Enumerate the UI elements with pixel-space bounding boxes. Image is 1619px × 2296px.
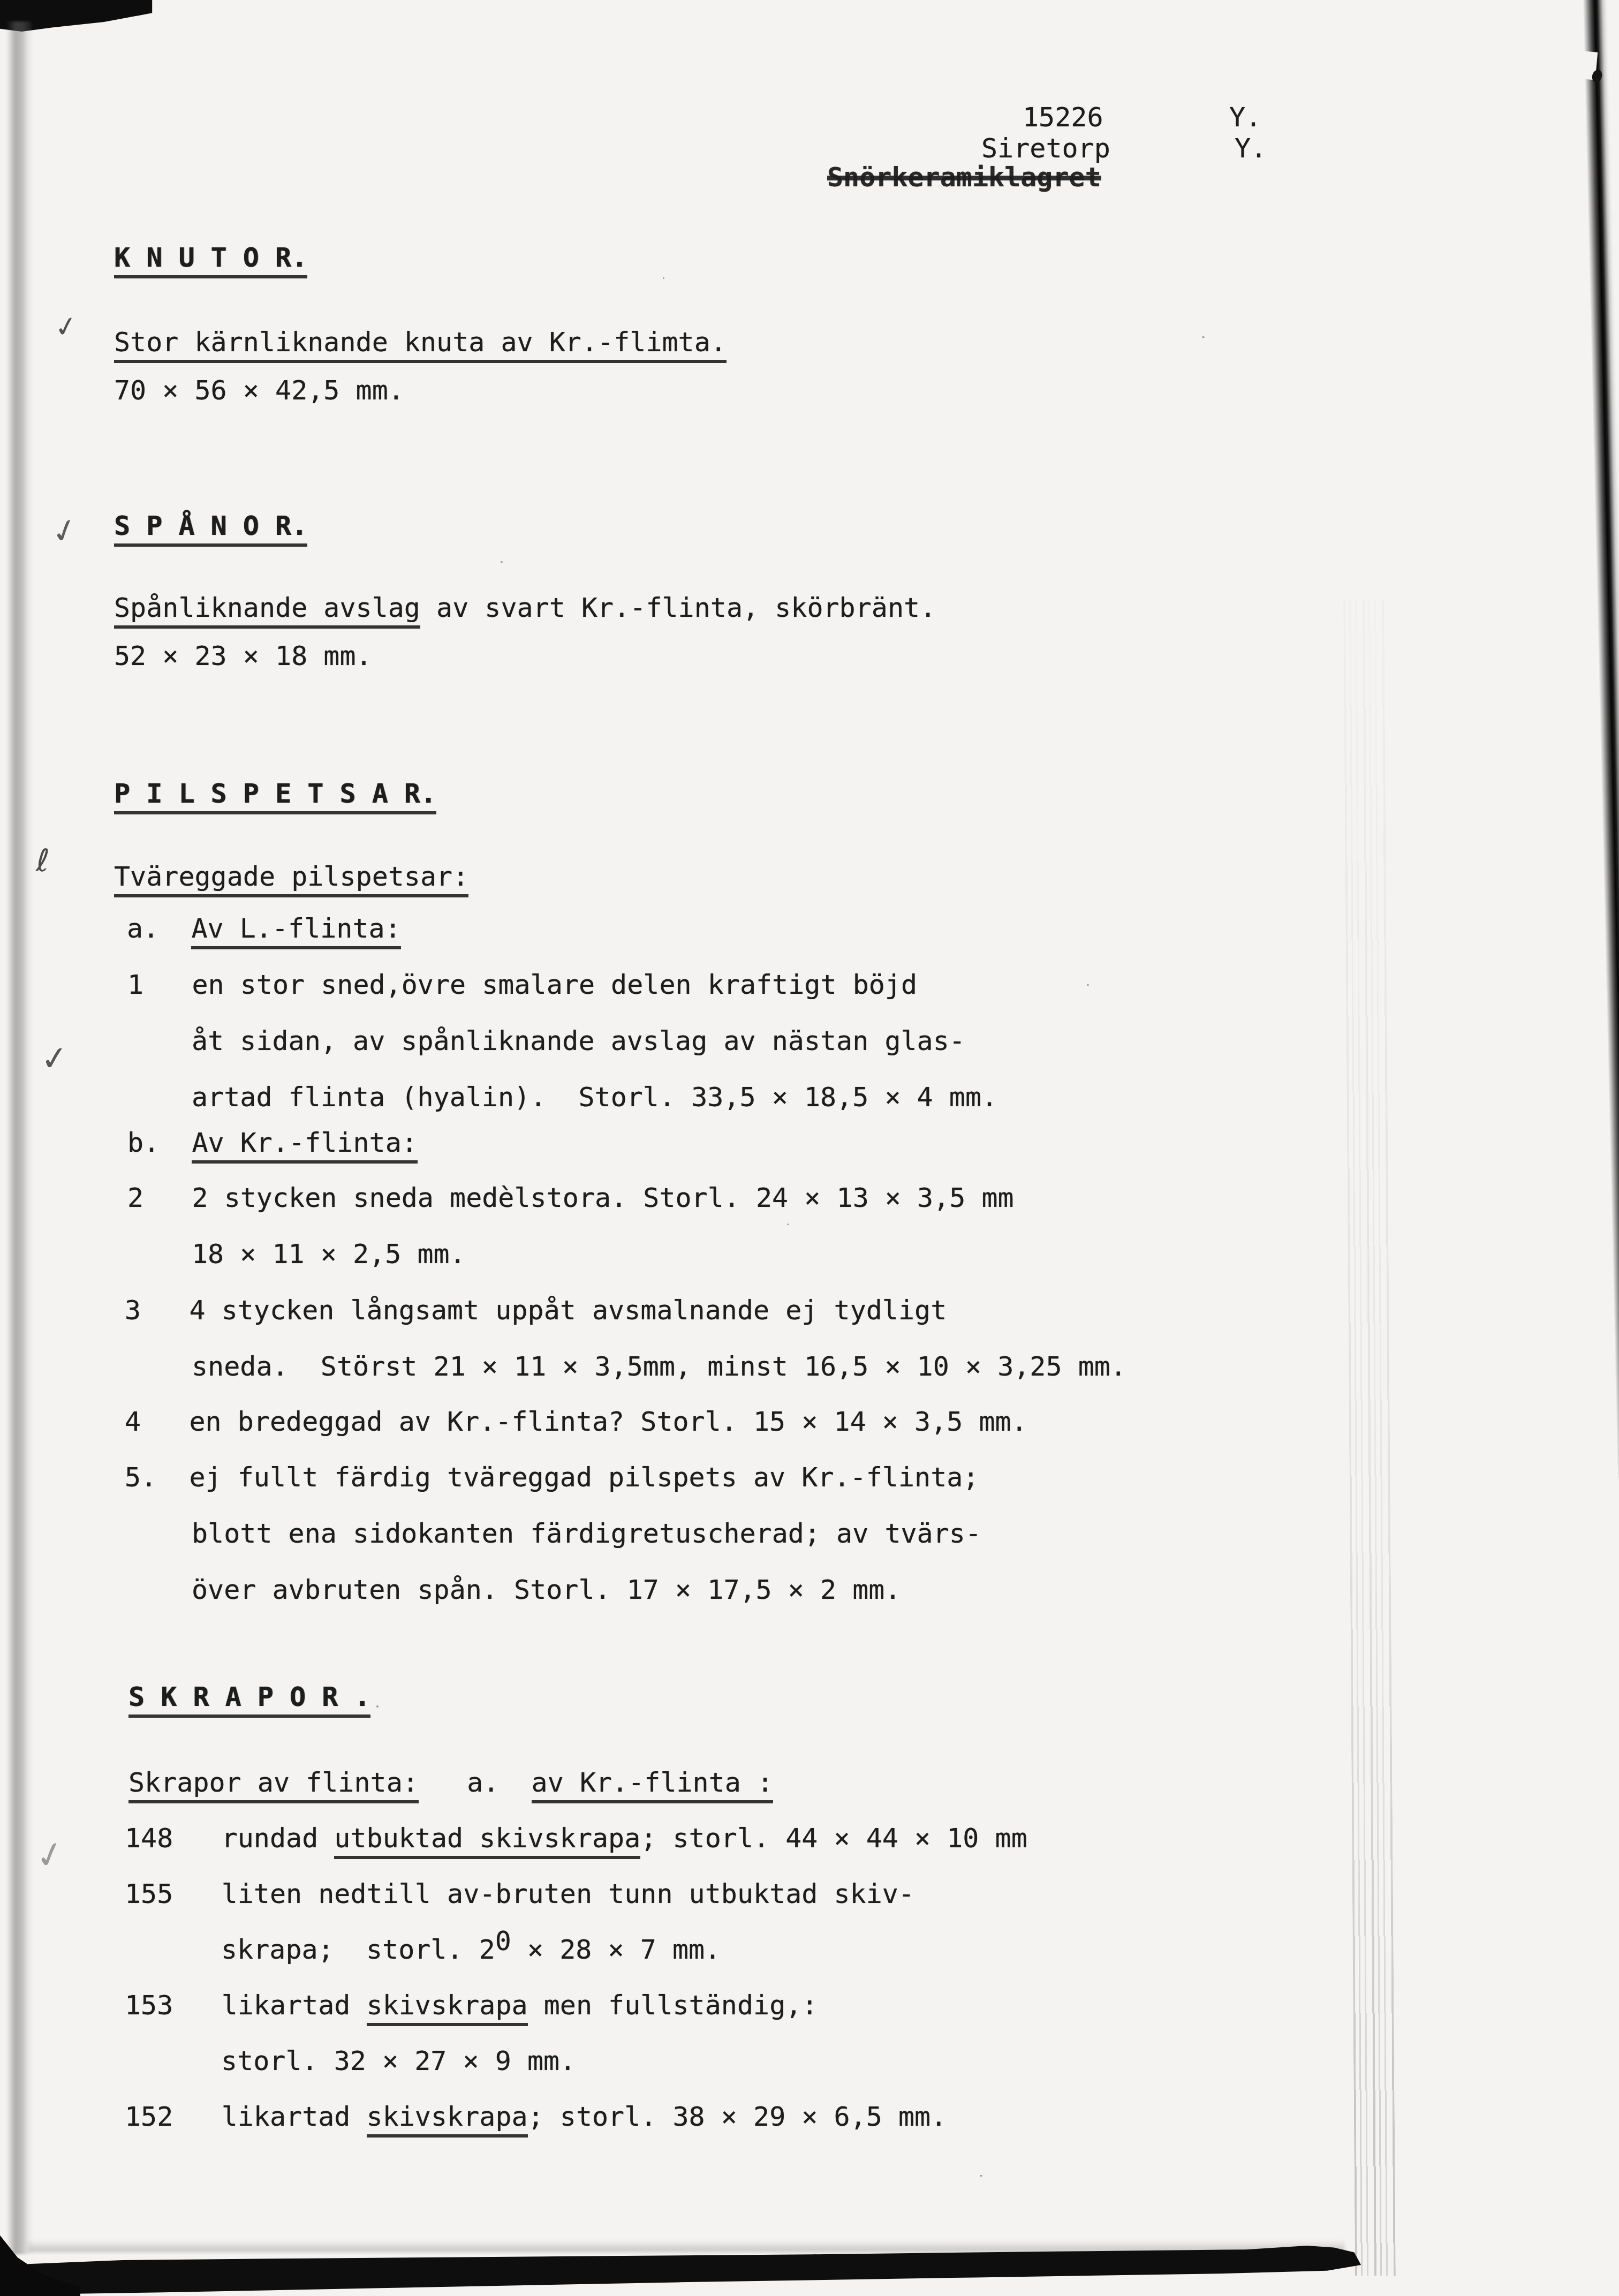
- text-segment: 15226: [1023, 102, 1103, 133]
- spanor-dimensions: 52 × 23 × 18 mm.: [114, 640, 372, 672]
- text-segment: ej fullt färdig tväreggad pilspets av Kr…: [189, 1462, 979, 1493]
- text-segment: Y.: [1229, 102, 1261, 133]
- text-segment: en stor sned,övre smalare delen kraftigt…: [192, 969, 917, 1000]
- item-5-line-3: över avbruten spån. Storl. 17 × 17,5 × 2…: [192, 1574, 901, 1606]
- text-segment: rundad: [222, 1823, 335, 1854]
- group-a-label: a. Av L.-flinta:: [127, 913, 401, 945]
- item-3-line-1: 3 4 stycken långsamt uppåt avsmalnande e…: [125, 1295, 947, 1326]
- item-155-line-2: skrapa; storl. 20 × 28 × 7 mm.: [221, 1934, 721, 1966]
- text-segment: 153: [125, 1990, 222, 2021]
- item-5-line-1: 5. ej fullt färdig tväreggad pilspets av…: [125, 1462, 979, 1493]
- underlined-text: K N U T O R.: [114, 242, 307, 278]
- underlined-text: Stor kärnliknande knuta av Kr.-flimta.: [114, 327, 727, 363]
- text-segment: skrapa; storl. 2: [221, 1934, 495, 1965]
- text-segment: 4 stycken långsamt uppåt avsmalnande ej …: [189, 1295, 947, 1326]
- text-segment: 18 × 11 × 2,5 mm.: [192, 1238, 466, 1270]
- underlined-text: Av L.-flinta:: [191, 913, 400, 949]
- text-segment: 5.: [125, 1462, 189, 1493]
- item-148: 148 rundad utbuktad skivskrapa; storl. 4…: [125, 1823, 1027, 1854]
- text-segment: 2: [127, 1182, 192, 1213]
- page-gutter-shadow: [6, 21, 33, 2254]
- item-3-line-2: sneda. Störst 21 × 11 × 3,5mm, minst 16,…: [192, 1351, 1126, 1383]
- item-2-line-2: 18 × 11 × 2,5 mm.: [192, 1238, 466, 1270]
- text-segment: storl. 32 × 27 × 9 mm.: [221, 2045, 576, 2076]
- text-segment: 0: [495, 1925, 511, 1957]
- text-segment: likartad: [222, 1990, 367, 2021]
- underlined-text: Av Kr.-flinta:: [192, 1127, 417, 1164]
- text-segment: artad flinta (hyalin). Storl. 33,5 × 18,…: [192, 1082, 997, 1113]
- text-segment: a.: [419, 1767, 532, 1798]
- text-segment: 70 × 56 × 42,5 mm.: [114, 375, 404, 406]
- struck-text: Snörkeramiklagret: [827, 162, 1101, 193]
- checkmark-spanor-entry: ✓: [48, 512, 82, 550]
- underlying-page-edge-stripes: [1343, 600, 1396, 2276]
- underlined-text: utbuktad skivskrapa: [334, 1823, 640, 1859]
- item-1-line-1: 1 en stor sned,övre smalare delen krafti…: [127, 969, 917, 1001]
- text-segment: 52 × 23 × 18 mm.: [114, 640, 372, 671]
- text-segment: 152: [125, 2101, 222, 2132]
- scan-speck: [501, 561, 503, 563]
- spanor-entry: Spånliknande avslag av svart Kr.-flinta,…: [114, 592, 936, 624]
- text-segment: 1: [127, 969, 192, 1000]
- underlined-text: Spånliknande avslag: [114, 592, 420, 629]
- item-2-line-1: 2 2 stycken sneda medèlstora. Storl. 24 …: [127, 1182, 1014, 1214]
- scan-speck: [787, 1223, 789, 1225]
- item-153-line-2: storl. 32 × 27 × 9 mm.: [221, 2045, 576, 2077]
- site-name: Siretorp: [981, 133, 1110, 164]
- text-segment: 148: [125, 1823, 222, 1854]
- underlined-text: Skrapor av flinta:: [128, 1767, 419, 1803]
- underlined-text: Tväreggade pilspetsar:: [114, 861, 468, 897]
- underlined-text: av Kr.-flinta :: [532, 1767, 774, 1803]
- pilspetsar-subheading: Tväreggade pilspetsar:: [114, 861, 468, 893]
- inventory-number: 15226: [1023, 102, 1103, 133]
- text-segment: ; storl. 44 × 44 × 10 mm: [640, 1823, 1027, 1854]
- item-153-line-1: 153 likartad skivskrapa men fullständig,…: [125, 1990, 818, 2021]
- text-segment: åt sidan, av spånliknande avslag av näst…: [192, 1025, 965, 1056]
- text-segment: 2 stycken sneda medèlstora. Storl. 24 × …: [192, 1182, 1013, 1213]
- text-segment: av svart Kr.-flinta, skörbränt.: [420, 592, 936, 623]
- knutor-dimensions: 70 × 56 × 42,5 mm.: [114, 375, 404, 406]
- item-1-line-3: artad flinta (hyalin). Storl. 33,5 × 18,…: [192, 1082, 997, 1113]
- scan-speck: [376, 1705, 379, 1708]
- page-bottom-fringe: [28, 2240, 1345, 2252]
- text-segment: likartad: [222, 2101, 367, 2132]
- page-bottom-edge-shadow: [28, 2246, 1381, 2294]
- text-segment: liten nedtill av-bruten tunn utbuktad sk…: [222, 1878, 914, 1909]
- item-5-line-2: blott ena sidokanten färdigretuscherad; …: [192, 1518, 981, 1550]
- scan-speck: [663, 277, 664, 279]
- heading-pilspetsar: P I L S P E T S A R.: [114, 778, 436, 810]
- item-155-line-1: 155 liten nedtill av-bruten tunn utbukta…: [125, 1878, 914, 1910]
- mark-pilspetsar: ℓ: [35, 844, 50, 876]
- underlined-text: skivskrapa: [367, 2101, 528, 2138]
- underlined-text: skivskrapa: [367, 1990, 528, 2026]
- text-segment: en bredeggad av Kr.-flinta? Storl. 15 × …: [189, 1406, 1027, 1437]
- skrapor-subheading: Skrapor av flinta: a. av Kr.-flinta :: [128, 1767, 773, 1799]
- text-segment: × 28 × 7 mm.: [511, 1934, 721, 1965]
- checkmark-item-155: ✓: [32, 1834, 69, 1876]
- heading-spanor: S P Å N O R.: [114, 510, 307, 542]
- text-segment: 155: [125, 1878, 222, 1909]
- text-segment: ; storl. 38 × 29 × 6,5 mm.: [528, 2101, 947, 2132]
- text-segment: b.: [127, 1127, 192, 1158]
- item-4-line-1: 4 en bredeggad av Kr.-flinta? Storl. 15 …: [125, 1406, 1027, 1438]
- item-1-line-2: åt sidan, av spånliknande avslag av näst…: [192, 1025, 965, 1057]
- text-segment: sneda. Störst 21 × 11 × 3,5mm, minst 16,…: [192, 1351, 1126, 1382]
- heading-knutor: K N U T O R.: [114, 242, 307, 274]
- text-segment: över avbruten spån. Storl. 17 × 17,5 × 2…: [192, 1574, 901, 1605]
- page: 15226Y.SiretorpY.SnörkeramiklagretK N U …: [0, 0, 1619, 2296]
- item-152: 152 likartad skivskrapa; storl. 38 × 29 …: [125, 2101, 947, 2133]
- text-segment: Siretorp: [981, 133, 1110, 164]
- text-segment: Y.: [1235, 133, 1267, 164]
- checkmark-knutor-entry: ✓: [52, 312, 80, 343]
- text-segment: 3: [125, 1295, 189, 1326]
- scan-speck: [1087, 984, 1089, 986]
- scan-speck: [1202, 336, 1205, 338]
- checkmark-group-b: ✓: [39, 1040, 70, 1076]
- underlined-text: P I L S P E T S A R.: [114, 778, 436, 814]
- text-segment: men fullständig,:: [528, 1990, 818, 2021]
- knutor-entry: Stor kärnliknande knuta av Kr.-flimta.: [114, 327, 727, 358]
- underlined-text: S K R A P O R .: [128, 1681, 370, 1718]
- crossed-out-category: Snörkeramiklagret: [827, 162, 1101, 193]
- text-segment: 4: [125, 1406, 189, 1437]
- text-segment: a.: [127, 913, 191, 944]
- inventory-number-suffix: Y.: [1229, 102, 1261, 133]
- underlined-text: S P Å N O R.: [114, 510, 307, 547]
- book-right-edge: [1583, 0, 1619, 1478]
- group-b-label: b. Av Kr.-flinta:: [127, 1127, 418, 1159]
- scan-speck: [980, 2175, 982, 2177]
- text-segment: blott ena sidokanten färdigretuscherad; …: [192, 1518, 981, 1549]
- site-name-suffix: Y.: [1235, 133, 1267, 164]
- heading-skrapor: S K R A P O R .: [128, 1681, 370, 1713]
